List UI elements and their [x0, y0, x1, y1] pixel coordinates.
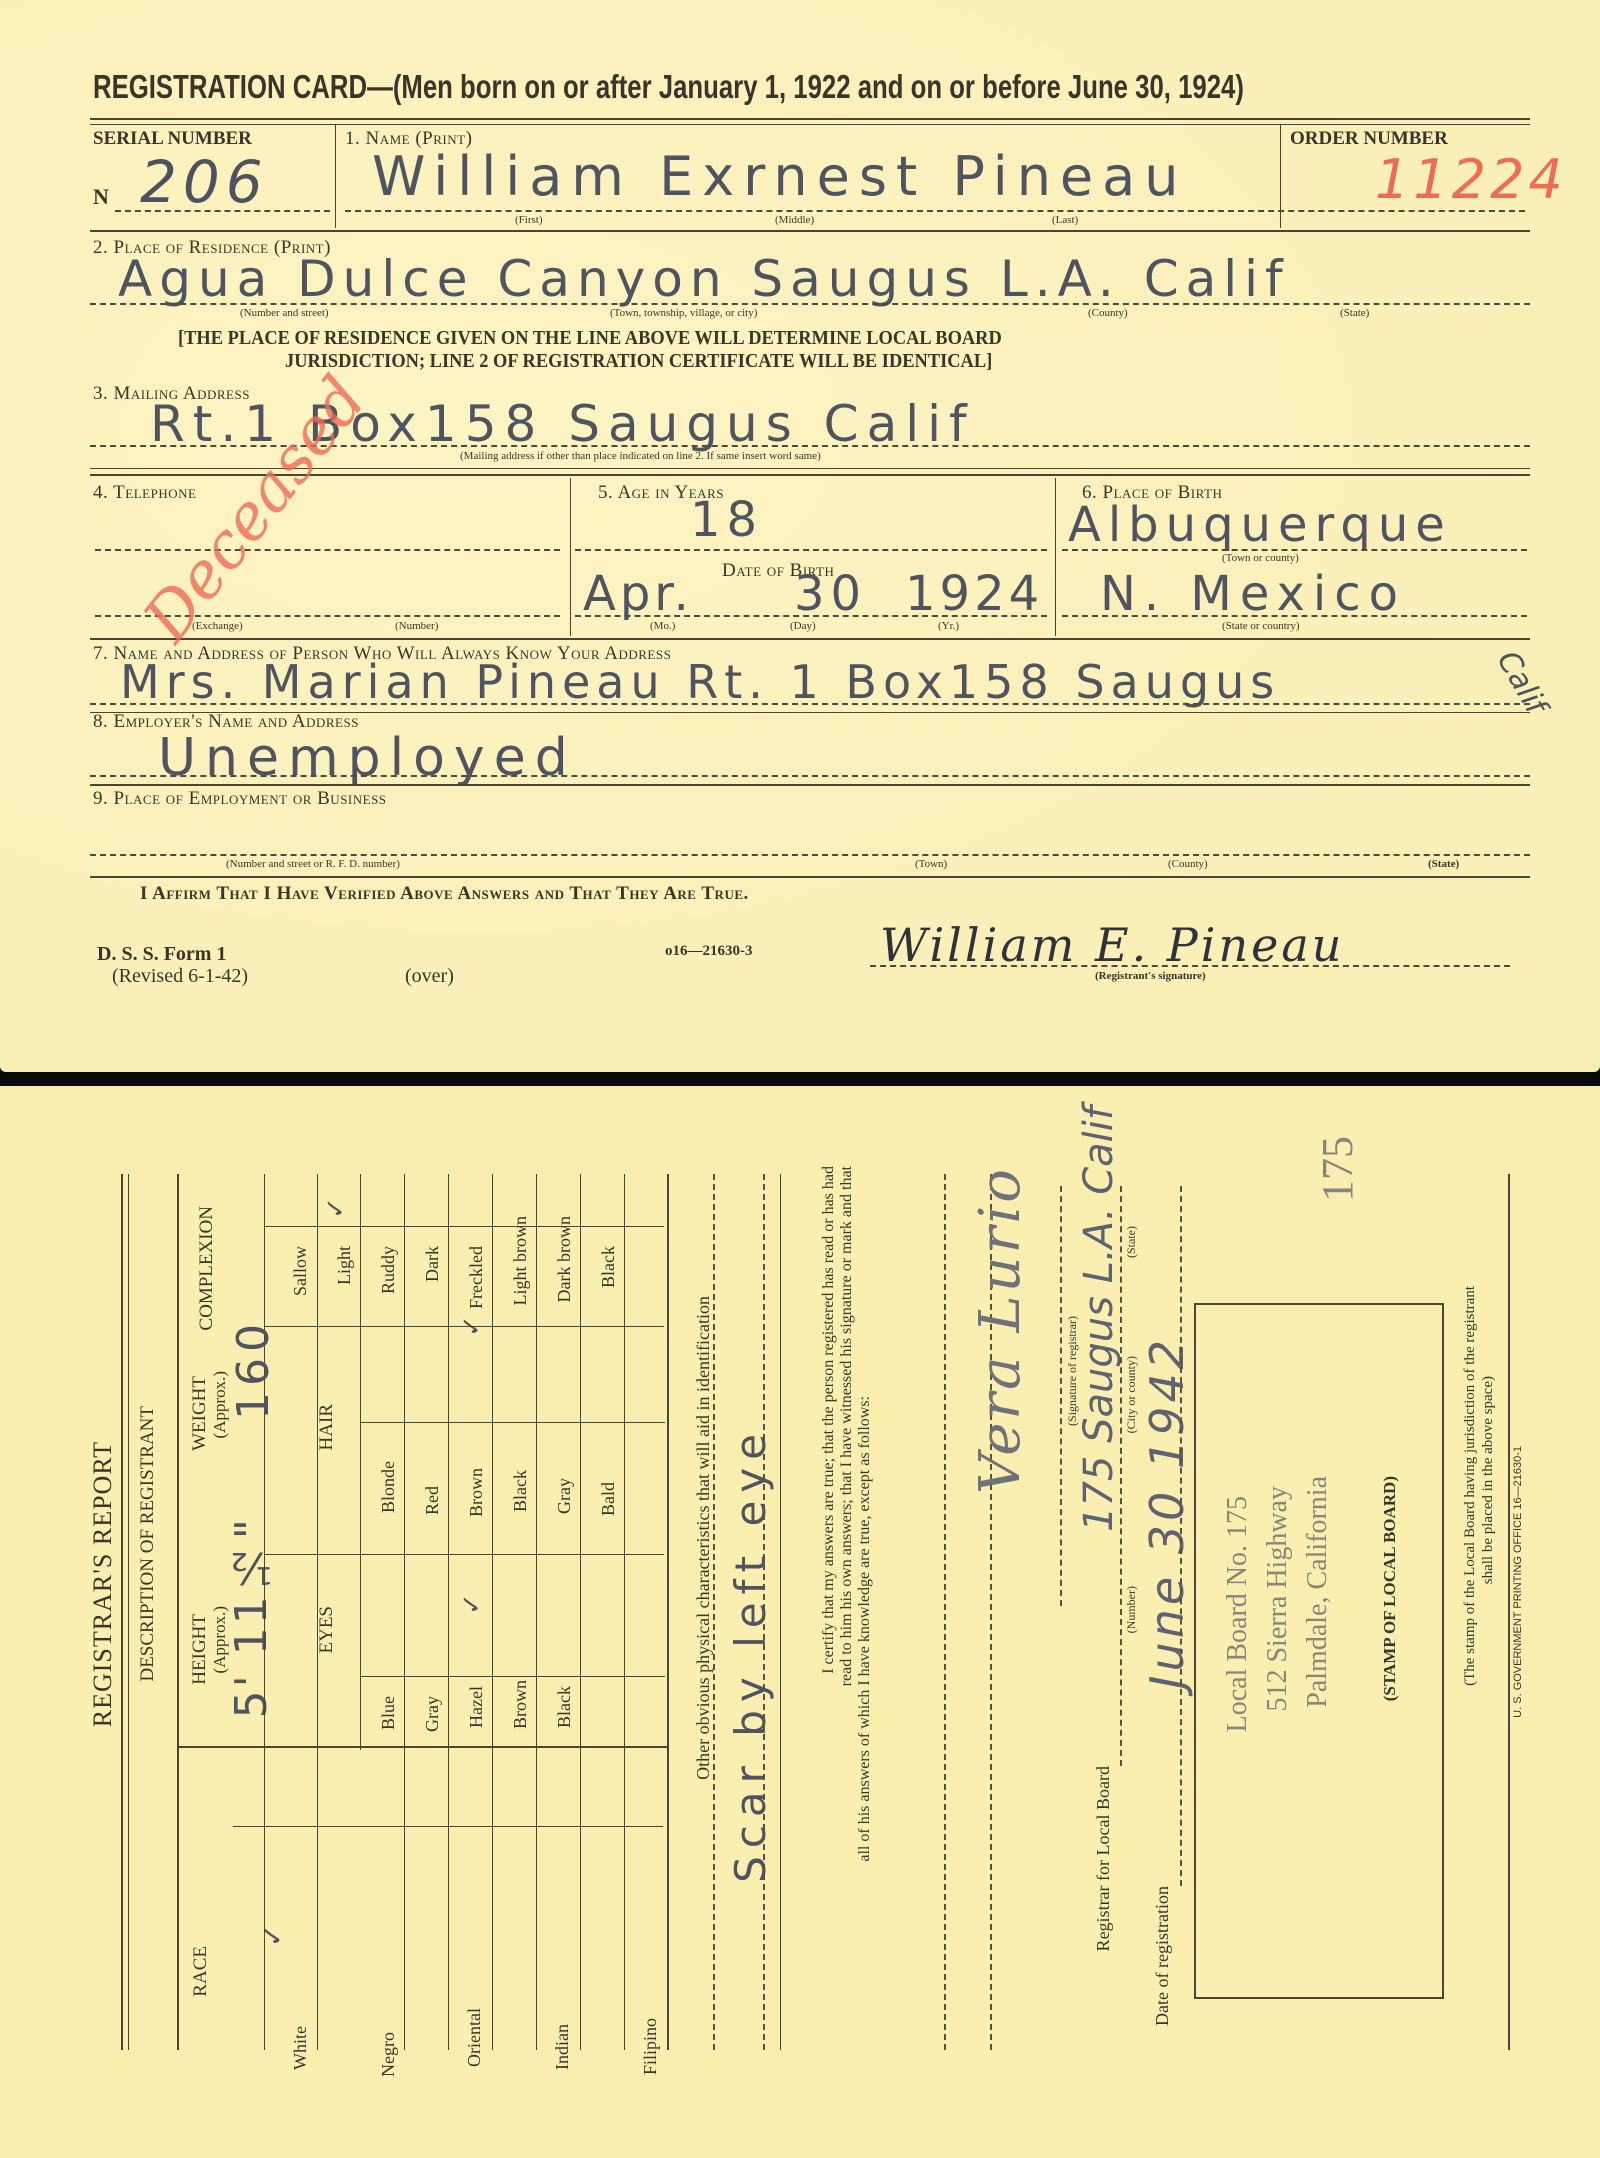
- telephone-number-caption: (Number): [395, 620, 438, 632]
- dob-month: Apr.: [583, 566, 693, 622]
- date-of-registration-label: Date of registration: [1152, 1886, 1173, 2026]
- employment-label: 9. Place of Employment or Business: [93, 788, 387, 810]
- race-option: Oriental: [464, 2008, 485, 2067]
- date-of-registration-value: June 30 1942: [1140, 1336, 1194, 1689]
- printing-office-note: U. S. GOVERNMENT PRINTING OFFICE 16—2163…: [1512, 1446, 1524, 1718]
- state-or-country-caption: (State or country): [1222, 620, 1300, 632]
- registrars-report-back: REGISTRAR'S REPORT DESCRIPTION OF REGIST…: [0, 1086, 1600, 2158]
- order-number-value: 11224: [1375, 148, 1567, 211]
- registrar-signature: Vera Lurio: [968, 1166, 1033, 1494]
- registrant-signature: William E. Pineau: [880, 918, 1344, 972]
- race-white-check: ✓: [256, 1918, 289, 1947]
- serial-prefix: N: [93, 184, 109, 210]
- contact-margin-note: Calif: [1490, 645, 1554, 720]
- over-note: (over): [405, 965, 454, 988]
- mailing-address-caption: (Mailing address if other than place ind…: [460, 450, 821, 462]
- city-county-caption: (City or county): [1124, 1356, 1139, 1433]
- state-caption: (State): [1340, 307, 1369, 319]
- height-value: 5' 11½": [226, 1516, 277, 1718]
- eye-option: Hazel: [466, 1686, 487, 1728]
- board-number-caption: (Number): [1124, 1586, 1139, 1633]
- employment-street-caption: (Number and street or R. F. D. number): [226, 858, 400, 870]
- complexion-option: Light brown: [510, 1216, 531, 1306]
- weight-header: WEIGHT: [189, 1376, 211, 1451]
- registrant-signature-caption: (Registrant's signature): [1095, 970, 1206, 982]
- eye-option: Gray: [422, 1696, 443, 1732]
- eyes-header: EYES: [316, 1606, 338, 1654]
- stamp-note-line1: (The stamp of the Local Board having jur…: [1462, 1286, 1479, 1686]
- stamp-caption: (STAMP OF LOCAL BOARD): [1380, 1476, 1400, 1701]
- registrars-report-title: REGISTRAR'S REPORT: [88, 1441, 118, 1727]
- last-name-caption: (Last): [1052, 214, 1078, 226]
- complexion-option: Dark brown: [554, 1216, 575, 1302]
- hair-brown-check: ✓: [457, 1309, 487, 1337]
- race-header: RACE: [190, 1946, 212, 1997]
- weight-approx: (Approx.): [210, 1371, 230, 1439]
- complexion-check: ✓: [321, 1191, 351, 1219]
- employment-state-caption: (State): [1428, 858, 1459, 870]
- race-option: White: [290, 2026, 311, 2070]
- weight-value: 160: [228, 1318, 279, 1420]
- stamp-note-line2: shall be placed in the above space): [1480, 1376, 1497, 1584]
- middle-name-caption: (Middle): [775, 214, 814, 226]
- stamp-line2: 512 Sierra Highway: [1262, 1486, 1294, 1712]
- certification-line1: I certify that my answers are true; that…: [820, 1166, 838, 1674]
- complexion-option: Light: [334, 1246, 355, 1285]
- form-revised: (Revised 6-1-42): [112, 965, 248, 988]
- month-caption: (Mo.): [650, 620, 675, 632]
- town-or-county-caption: (Town or county): [1222, 552, 1299, 564]
- contact-person-value: Mrs. Marian Pineau Rt. 1 Box158 Saugus: [120, 655, 1280, 709]
- stamp-line3: Palmdale, California: [1302, 1476, 1334, 1708]
- hair-option: Brown: [466, 1468, 487, 1517]
- affirmation-statement: I Affirm That I Have Verified Above Answ…: [140, 883, 749, 905]
- complexion-header: COMPLEXION: [196, 1206, 218, 1331]
- complexion-option: Dark: [422, 1246, 443, 1282]
- age-value: 18: [690, 492, 763, 548]
- certification-line2: read to him his own answers; that I have…: [838, 1166, 856, 1686]
- birth-state-value: N. Mexico: [1100, 566, 1406, 622]
- street-caption: (Number and street): [240, 307, 329, 319]
- hair-header: HAIR: [316, 1404, 338, 1450]
- complexion-option: Freckled: [466, 1246, 487, 1309]
- registration-card-front: REGISTRATION CARD—(Men born on or after …: [0, 0, 1600, 1072]
- hair-option: Bald: [598, 1482, 619, 1516]
- employment-town-caption: (Town): [915, 858, 947, 870]
- complexion-option: Sallow: [290, 1246, 311, 1296]
- serial-number-value: 206: [140, 148, 269, 216]
- stamp-line1: Local Board No. 175: [1222, 1496, 1254, 1732]
- race-option: Indian: [552, 2024, 573, 2070]
- hair-option: Red: [422, 1486, 443, 1515]
- eyes-hazel-check: ✓: [457, 1587, 487, 1615]
- complexion-option: Ruddy: [378, 1246, 399, 1294]
- residence-value: Agua Dulce Canyon Saugus L.A. Calif: [118, 250, 1290, 308]
- complexion-option: Black: [598, 1246, 619, 1288]
- height-header: HEIGHT: [189, 1614, 211, 1685]
- employer-value: Unemployed: [158, 728, 577, 788]
- serial-number-label: SERIAL NUMBER: [93, 128, 252, 150]
- telephone-label: 4. Telephone: [93, 482, 196, 504]
- race-option: Negro: [378, 2032, 399, 2077]
- order-number-label: ORDER NUMBER: [1290, 128, 1448, 150]
- hair-option: Black: [510, 1470, 531, 1512]
- local-board-value: 175 Saugus L.A. Calif: [1076, 1106, 1122, 1532]
- birth-town-value: Albuquerque: [1068, 497, 1452, 553]
- description-subtitle: DESCRIPTION OF REGISTRANT: [137, 1406, 159, 1682]
- board-number-stamp: 175: [1312, 1136, 1363, 1202]
- hair-option: Blonde: [378, 1461, 399, 1513]
- eye-option: Blue: [378, 1696, 399, 1730]
- other-characteristics-value: Scar by left eye: [726, 1426, 775, 1883]
- year-caption: (Yr.): [938, 620, 959, 632]
- local-board-label: Registrar for Local Board: [1093, 1766, 1114, 1951]
- employment-county-caption: (County): [1168, 858, 1208, 870]
- day-caption: (Day): [790, 620, 816, 632]
- board-state-caption: (State): [1124, 1226, 1139, 1258]
- card-title: REGISTRATION CARD—(Men born on or after …: [93, 68, 1244, 106]
- dob-day: 30: [794, 566, 867, 622]
- eye-option: Black: [554, 1686, 575, 1728]
- name-value: William Exrnest Pineau: [372, 145, 1187, 208]
- dob-year: 1924: [905, 566, 1043, 622]
- eye-option: Brown: [510, 1680, 531, 1729]
- residence-note-line2: JURISDICTION; LINE 2 OF REGISTRATION CER…: [285, 350, 992, 373]
- county-caption: (County): [1088, 307, 1128, 319]
- form-number: D. S. S. Form 1: [97, 943, 226, 966]
- other-characteristics-label: Other obvious physical characteristics t…: [693, 1296, 714, 1780]
- form-code: o16—21630-3: [665, 943, 753, 960]
- town-caption: (Town, township, village, or city): [610, 307, 757, 319]
- first-name-caption: (First): [515, 214, 543, 226]
- hair-option: Gray: [554, 1478, 575, 1514]
- certification-line3: all of his answers of which I have knowl…: [856, 1396, 874, 1862]
- race-option: Filipino: [640, 2018, 661, 2075]
- residence-note-line1: [THE PLACE OF RESIDENCE GIVEN ON THE LIN…: [178, 327, 1002, 350]
